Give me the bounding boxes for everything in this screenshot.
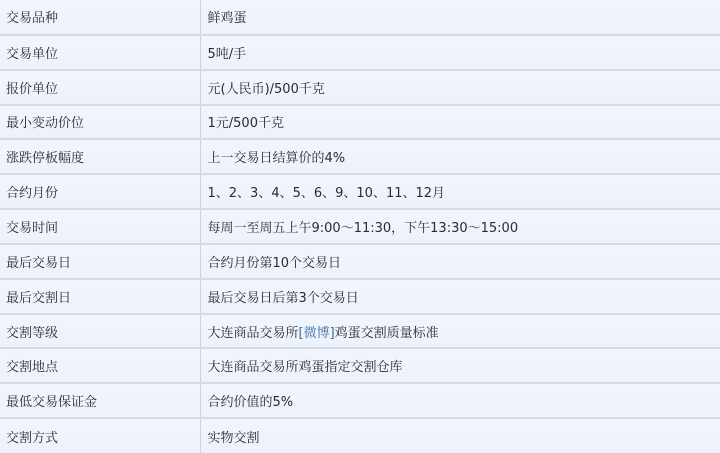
value-prefix: 大连商品交易所 <box>208 326 299 341</box>
row-value: 实物交割 <box>200 418 720 453</box>
table-row-delivery-location: 交割地点 大连商品交易所鸡蛋指定交割仓库 <box>0 348 720 383</box>
row-label: 最低交易保证金 <box>0 383 200 418</box>
row-value: 上一交易日结算价的4% <box>200 139 720 174</box>
table-row-price-limit: 涨跌停板幅度 上一交易日结算价的4% <box>0 139 720 174</box>
table-row-tick-size: 最小变动价位 1元/500千克 <box>0 105 720 140</box>
row-label: 交易时间 <box>0 209 200 244</box>
row-value: 5吨/手 <box>200 35 720 70</box>
value-suffix: 鸡蛋交割质量标准 <box>335 326 439 341</box>
row-value: 1元/500千克 <box>200 105 720 140</box>
table-row-trading-product: 交易品种 鲜鸡蛋 <box>0 0 720 35</box>
row-label: 报价单位 <box>0 70 200 105</box>
row-value: 鲜鸡蛋 <box>200 0 720 35</box>
table-row-delivery-method: 交割方式 实物交割 <box>0 418 720 453</box>
table-row-trading-hours: 交易时间 每周一至周五上午9:00～11:30，下午13:30～15:00 <box>0 209 720 244</box>
row-label: 合约月份 <box>0 174 200 209</box>
row-label: 交易单位 <box>0 35 200 70</box>
table-row-quote-unit: 报价单位 元(人民币)/500千克 <box>0 70 720 105</box>
row-label: 最后交割日 <box>0 279 200 314</box>
row-label: 交割地点 <box>0 348 200 383</box>
row-label: 最后交易日 <box>0 244 200 279</box>
table-row-last-trading-day: 最后交易日 合约月份第10个交易日 <box>0 244 720 279</box>
table-row-delivery-grade: 交割等级 大连商品交易所[微博]鸡蛋交割质量标准 <box>0 314 720 349</box>
row-label: 涨跌停板幅度 <box>0 139 200 174</box>
row-value: 合约月份第10个交易日 <box>200 244 720 279</box>
row-value: 合约价值的5% <box>200 383 720 418</box>
table-row-contract-months: 合约月份 1、2、3、4、5、6、9、10、11、12月 <box>0 174 720 209</box>
table-row-last-delivery-day: 最后交割日 最后交易日后第3个交易日 <box>0 279 720 314</box>
row-label: 交割方式 <box>0 418 200 453</box>
row-value: 每周一至周五上午9:00～11:30，下午13:30～15:00 <box>200 209 720 244</box>
row-label: 交易品种 <box>0 0 200 35</box>
table-row-minimum-margin: 最低交易保证金 合约价值的5% <box>0 383 720 418</box>
row-value: 大连商品交易所鸡蛋指定交割仓库 <box>200 348 720 383</box>
row-value: 大连商品交易所[微博]鸡蛋交割质量标准 <box>200 314 720 349</box>
row-value: 1、2、3、4、5、6、9、10、11、12月 <box>200 174 720 209</box>
row-label: 最小变动价位 <box>0 105 200 140</box>
table-row-trading-unit: 交易单位 5吨/手 <box>0 35 720 70</box>
row-value: 元(人民币)/500千克 <box>200 70 720 105</box>
weibo-link[interactable]: [微博] <box>299 326 335 341</box>
row-value: 最后交易日后第3个交易日 <box>200 279 720 314</box>
futures-contract-spec-table: 交易品种 鲜鸡蛋 交易单位 5吨/手 报价单位 元(人民币)/500千克 最小变… <box>0 0 720 453</box>
row-label: 交割等级 <box>0 314 200 349</box>
